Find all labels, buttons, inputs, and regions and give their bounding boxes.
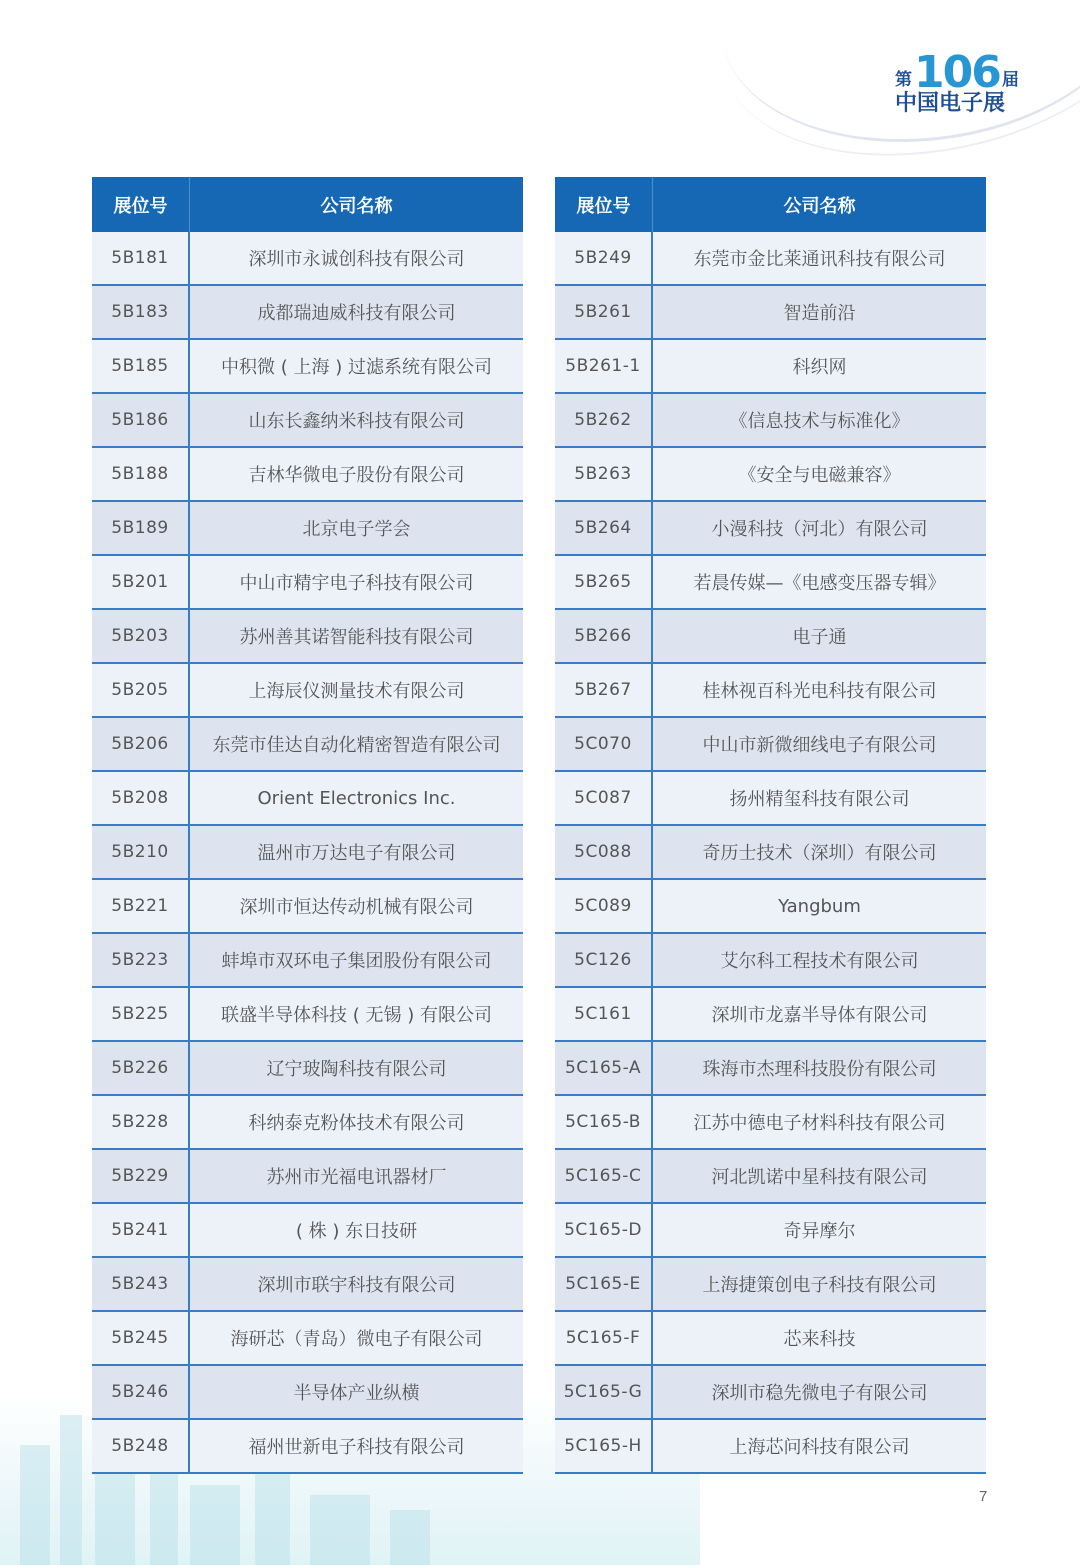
booth-number: 5C165-G — [555, 1366, 653, 1418]
company-name: 联盛半导体科技 ( 无锡 ) 有限公司 — [190, 988, 523, 1040]
company-name: 《信息技术与标准化》 — [653, 394, 986, 446]
booth-number: 5B245 — [92, 1312, 190, 1364]
booth-number: 5B243 — [92, 1258, 190, 1310]
company-name: Yangbum — [653, 880, 986, 932]
table-row: 5B266电子通 — [555, 610, 986, 664]
logo-prefix: 第 — [895, 72, 912, 89]
company-name: 深圳市龙嘉半导体有限公司 — [653, 988, 986, 1040]
booth-number: 5C165-E — [555, 1258, 653, 1310]
table-row: 5B181深圳市永诚创科技有限公司 — [92, 232, 523, 286]
booth-number: 5B186 — [92, 394, 190, 446]
company-name: 北京电子学会 — [190, 502, 523, 554]
table-row: 5B246半导体产业纵横 — [92, 1366, 523, 1420]
company-name: 吉林华微电子股份有限公司 — [190, 448, 523, 500]
company-name: 艾尔科工程技术有限公司 — [653, 934, 986, 986]
header-booth: 展位号 — [92, 177, 190, 232]
booth-number: 5B208 — [92, 772, 190, 824]
booth-number: 5B265 — [555, 556, 653, 608]
booth-number: 5B228 — [92, 1096, 190, 1148]
booth-number: 5B263 — [555, 448, 653, 500]
table-row: 5B189北京电子学会 — [92, 502, 523, 556]
booth-number: 5C165-F — [555, 1312, 653, 1364]
booth-number: 5B264 — [555, 502, 653, 554]
company-name: 上海辰仪测量技术有限公司 — [190, 664, 523, 716]
booth-number: 5B266 — [555, 610, 653, 662]
table-row: 5B267桂林视百科光电科技有限公司 — [555, 664, 986, 718]
header-company: 公司名称 — [653, 177, 986, 232]
company-name: 江苏中德电子材料科技有限公司 — [653, 1096, 986, 1148]
table-row: 5C165-G深圳市稳先微电子有限公司 — [555, 1366, 986, 1420]
table-row: 5B201中山市精宇电子科技有限公司 — [92, 556, 523, 610]
logo-title: 中国电子展 — [895, 91, 1030, 117]
table-row: 5C165-E上海捷策创电子科技有限公司 — [555, 1258, 986, 1312]
booth-number: 5B248 — [92, 1420, 190, 1472]
table-row: 5C089Yangbum — [555, 880, 986, 934]
company-name: 若晨传媒—《电感变压器专辑》 — [653, 556, 986, 608]
table-row: 5B262《信息技术与标准化》 — [555, 394, 986, 448]
table-row: 5C087扬州精玺科技有限公司 — [555, 772, 986, 826]
company-name: 上海芯问科技有限公司 — [653, 1420, 986, 1472]
header-company: 公司名称 — [190, 177, 523, 232]
booth-number: 5B183 — [92, 286, 190, 338]
table-row: 5B245海研芯（青岛）微电子有限公司 — [92, 1312, 523, 1366]
booth-number: 5B249 — [555, 232, 653, 284]
table-row: 5B261智造前沿 — [555, 286, 986, 340]
booth-number: 5B188 — [92, 448, 190, 500]
company-name: 东莞市佳达自动化精密智造有限公司 — [190, 718, 523, 770]
booth-number: 5B201 — [92, 556, 190, 608]
table-row: 5B205上海辰仪测量技术有限公司 — [92, 664, 523, 718]
table-row: 5C165-A珠海市杰理科技股份有限公司 — [555, 1042, 986, 1096]
company-name: 扬州精玺科技有限公司 — [653, 772, 986, 824]
table-row: 5B261-1科织网 — [555, 340, 986, 394]
company-name: 苏州善其诺智能科技有限公司 — [190, 610, 523, 662]
booth-number: 5B181 — [92, 232, 190, 284]
company-name: 上海捷策创电子科技有限公司 — [653, 1258, 986, 1310]
table-body: 5B181深圳市永诚创科技有限公司5B183成都瑞迪威科技有限公司5B185中积… — [92, 232, 523, 1474]
company-name: 河北凯诺中星科技有限公司 — [653, 1150, 986, 1202]
table-row: 5C126艾尔科工程技术有限公司 — [555, 934, 986, 988]
expo-logo: 第 106 届 中国电子展 — [895, 52, 1030, 122]
logo-suffix: 届 — [1002, 72, 1019, 89]
booth-number: 5C165-D — [555, 1204, 653, 1256]
table-row: 5C165-H上海芯问科技有限公司 — [555, 1420, 986, 1474]
company-name: 深圳市稳先微电子有限公司 — [653, 1366, 986, 1418]
company-name: 中山市新微细线电子有限公司 — [653, 718, 986, 770]
page-number: 7 — [979, 1488, 987, 1505]
table-row: 5B208Orient Electronics Inc. — [92, 772, 523, 826]
company-name: 福州世新电子科技有限公司 — [190, 1420, 523, 1472]
company-name: 成都瑞迪威科技有限公司 — [190, 286, 523, 338]
company-name: 蚌埠市双环电子集团股份有限公司 — [190, 934, 523, 986]
exhibitor-table-right: 展位号 公司名称 5B249东莞市金比莱通讯科技有限公司5B261智造前沿5B2… — [555, 177, 986, 1474]
booth-number: 5B229 — [92, 1150, 190, 1202]
table-row: 5C161深圳市龙嘉半导体有限公司 — [555, 988, 986, 1042]
booth-number: 5C165-H — [555, 1420, 653, 1472]
table-row: 5B241( 株 ) 东日技研 — [92, 1204, 523, 1258]
table-header: 展位号 公司名称 — [92, 177, 523, 232]
table-row: 5B249东莞市金比莱通讯科技有限公司 — [555, 232, 986, 286]
table-row: 5B206东莞市佳达自动化精密智造有限公司 — [92, 718, 523, 772]
booth-number: 5B225 — [92, 988, 190, 1040]
company-name: 《安全与电磁兼容》 — [653, 448, 986, 500]
company-name: 芯来科技 — [653, 1312, 986, 1364]
company-name: 苏州市光福电讯器材厂 — [190, 1150, 523, 1202]
company-name: 奇异摩尔 — [653, 1204, 986, 1256]
company-name: 智造前沿 — [653, 286, 986, 338]
table-row: 5B188吉林华微电子股份有限公司 — [92, 448, 523, 502]
booth-number: 5B261 — [555, 286, 653, 338]
company-name: 半导体产业纵横 — [190, 1366, 523, 1418]
table-row: 5B264小漫科技（河北）有限公司 — [555, 502, 986, 556]
company-name: 中积微 ( 上海 ) 过滤系统有限公司 — [190, 340, 523, 392]
company-name: 小漫科技（河北）有限公司 — [653, 502, 986, 554]
booth-number: 5C165-A — [555, 1042, 653, 1094]
table-row: 5C165-C河北凯诺中星科技有限公司 — [555, 1150, 986, 1204]
booth-number: 5C126 — [555, 934, 653, 986]
table-row: 5C165-B江苏中德电子材料科技有限公司 — [555, 1096, 986, 1150]
table-row: 5C165-D奇异摩尔 — [555, 1204, 986, 1258]
booth-number: 5B241 — [92, 1204, 190, 1256]
company-name: 奇历士技术（深圳）有限公司 — [653, 826, 986, 878]
table-row: 5B229苏州市光福电讯器材厂 — [92, 1150, 523, 1204]
table-row: 5B221深圳市恒达传动机械有限公司 — [92, 880, 523, 934]
header-booth: 展位号 — [555, 177, 653, 232]
table-row: 5B228科纳泰克粉体技术有限公司 — [92, 1096, 523, 1150]
booth-number: 5B246 — [92, 1366, 190, 1418]
booth-number: 5B221 — [92, 880, 190, 932]
company-name: ( 株 ) 东日技研 — [190, 1204, 523, 1256]
booth-number: 5C165-C — [555, 1150, 653, 1202]
company-name: 山东长鑫纳米科技有限公司 — [190, 394, 523, 446]
table-row: 5B225联盛半导体科技 ( 无锡 ) 有限公司 — [92, 988, 523, 1042]
logo-edition-number: 106 — [914, 54, 1000, 92]
company-name: 科纳泰克粉体技术有限公司 — [190, 1096, 523, 1148]
table-body: 5B249东莞市金比莱通讯科技有限公司5B261智造前沿5B261-1科织网5B… — [555, 232, 986, 1474]
table-row: 5B248福州世新电子科技有限公司 — [92, 1420, 523, 1474]
table-row: 5B223蚌埠市双环电子集团股份有限公司 — [92, 934, 523, 988]
company-name: 东莞市金比莱通讯科技有限公司 — [653, 232, 986, 284]
booth-number: 5B205 — [92, 664, 190, 716]
company-name: 深圳市联宇科技有限公司 — [190, 1258, 523, 1310]
company-name: 中山市精宇电子科技有限公司 — [190, 556, 523, 608]
booth-number: 5B203 — [92, 610, 190, 662]
table-row: 5C070中山市新微细线电子有限公司 — [555, 718, 986, 772]
exhibitor-table-left: 展位号 公司名称 5B181深圳市永诚创科技有限公司5B183成都瑞迪威科技有限… — [92, 177, 523, 1474]
booth-number: 5C070 — [555, 718, 653, 770]
company-name: 海研芯（青岛）微电子有限公司 — [190, 1312, 523, 1364]
table-row: 5B183成都瑞迪威科技有限公司 — [92, 286, 523, 340]
booth-number: 5B261-1 — [555, 340, 653, 392]
booth-number: 5C087 — [555, 772, 653, 824]
booth-number: 5C165-B — [555, 1096, 653, 1148]
table-row: 5B186山东长鑫纳米科技有限公司 — [92, 394, 523, 448]
table-row: 5B185中积微 ( 上海 ) 过滤系统有限公司 — [92, 340, 523, 394]
booth-number: 5B206 — [92, 718, 190, 770]
company-name: 温州市万达电子有限公司 — [190, 826, 523, 878]
booth-number: 5B267 — [555, 664, 653, 716]
company-name: 科织网 — [653, 340, 986, 392]
booth-number: 5B226 — [92, 1042, 190, 1094]
company-name: 电子通 — [653, 610, 986, 662]
table-row: 5C165-F芯来科技 — [555, 1312, 986, 1366]
booth-number: 5C088 — [555, 826, 653, 878]
booth-number: 5B262 — [555, 394, 653, 446]
table-row: 5B226辽宁玻陶科技有限公司 — [92, 1042, 523, 1096]
company-name: 深圳市恒达传动机械有限公司 — [190, 880, 523, 932]
company-name: 深圳市永诚创科技有限公司 — [190, 232, 523, 284]
table-row: 5B203苏州善其诺智能科技有限公司 — [92, 610, 523, 664]
company-name: 珠海市杰理科技股份有限公司 — [653, 1042, 986, 1094]
table-row: 5B265若晨传媒—《电感变压器专辑》 — [555, 556, 986, 610]
booth-number: 5C161 — [555, 988, 653, 1040]
company-name: 桂林视百科光电科技有限公司 — [653, 664, 986, 716]
table-header: 展位号 公司名称 — [555, 177, 986, 232]
company-name: 辽宁玻陶科技有限公司 — [190, 1042, 523, 1094]
company-name: Orient Electronics Inc. — [190, 772, 523, 824]
booth-number: 5B189 — [92, 502, 190, 554]
table-row: 5C088奇历士技术（深圳）有限公司 — [555, 826, 986, 880]
table-row: 5B243深圳市联宇科技有限公司 — [92, 1258, 523, 1312]
booth-number: 5C089 — [555, 880, 653, 932]
booth-number: 5B210 — [92, 826, 190, 878]
booth-number: 5B185 — [92, 340, 190, 392]
booth-number: 5B223 — [92, 934, 190, 986]
table-row: 5B210温州市万达电子有限公司 — [92, 826, 523, 880]
table-row: 5B263《安全与电磁兼容》 — [555, 448, 986, 502]
